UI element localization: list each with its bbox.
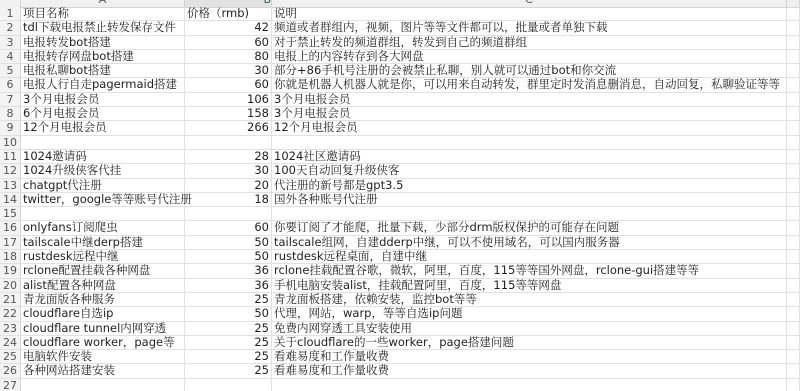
table-row: 5电报私聊bot搭建30部分+86手机号注册的会被禁止私聊，别人就可以通过bot… bbox=[0, 64, 800, 78]
cell-price[interactable]: 266 bbox=[185, 121, 272, 134]
table-row: 26各种网站搭建安装25看难易度和工作量收费 bbox=[0, 364, 800, 378]
table-row: 19rclone配置挂载各种网盘36rclone挂载配置谷歌，微软，阿里，百度，… bbox=[0, 264, 800, 278]
cell-description[interactable]: 电报上的内容转存到各大网盘 bbox=[272, 50, 787, 63]
cell-description[interactable]: 关于cloudflare的一些worker，page搭建问题 bbox=[272, 336, 787, 349]
table-row: 20alist配置各种网盘36手机电脑安装alist，挂载配置阿里，百度，115… bbox=[0, 279, 800, 293]
table-row: 15 bbox=[0, 207, 800, 221]
cell-description[interactable]: 100天自动回复升级侠客 bbox=[272, 164, 787, 177]
cell-empty[interactable] bbox=[787, 121, 800, 134]
cell-price[interactable]: 20 bbox=[185, 179, 272, 192]
row-header[interactable]: 22 bbox=[0, 307, 21, 320]
table-row: 86个月电报会员1583个月电报会员 bbox=[0, 107, 800, 121]
cell-description[interactable] bbox=[272, 136, 787, 149]
row-header[interactable]: 8 bbox=[0, 107, 21, 120]
cell-price[interactable]: 25 bbox=[185, 322, 272, 335]
cell-empty[interactable] bbox=[787, 136, 800, 149]
cell-empty[interactable] bbox=[787, 264, 800, 277]
row-header[interactable]: 27 bbox=[0, 379, 21, 391]
cell-project-name[interactable]: rustdesk远程中继 bbox=[21, 250, 185, 263]
row-header[interactable]: 5 bbox=[0, 64, 21, 77]
cell-empty[interactable] bbox=[787, 221, 800, 234]
spreadsheet: A B C 1项目名称价格（rmb)说明2tdl下载电报禁止转发保存文件42频道… bbox=[0, 0, 800, 391]
row-header[interactable]: 9 bbox=[0, 121, 21, 134]
cell-empty[interactable] bbox=[787, 279, 800, 292]
cell-project-name[interactable]: 12个月电报会员 bbox=[21, 121, 185, 134]
row-header[interactable]: 3 bbox=[0, 36, 21, 49]
cell-description[interactable]: 12个月电报会员 bbox=[272, 121, 787, 134]
cell-project-name[interactable]: 青龙面版各种服务 bbox=[21, 293, 185, 306]
cell-empty[interactable] bbox=[787, 107, 800, 120]
row-header[interactable]: 16 bbox=[0, 221, 21, 234]
cell-price[interactable]: 25 bbox=[185, 293, 272, 306]
cell-project-name[interactable]: 1024升级侠客代挂 bbox=[21, 164, 185, 177]
cell-description[interactable]: 你要订阅了才能爬，批量下载，少部分drm版权保护的可能存在问题 bbox=[272, 221, 787, 234]
cell-project-name[interactable]: 电报私聊bot搭建 bbox=[21, 64, 185, 77]
cell-description[interactable]: 代理，网站，warp，等等自选ip问题 bbox=[272, 307, 787, 320]
cell-price[interactable]: 106 bbox=[185, 93, 272, 106]
cell-price[interactable]: 30 bbox=[185, 164, 272, 177]
cell-project-name[interactable]: tdl下载电报禁止转发保存文件 bbox=[21, 21, 185, 34]
cell-project-name[interactable]: 项目名称 bbox=[21, 7, 185, 20]
cell-description[interactable]: 代注册的新号都是gpt3.5 bbox=[272, 179, 787, 192]
row-header[interactable]: 13 bbox=[0, 179, 21, 192]
cell-empty[interactable] bbox=[787, 364, 800, 377]
table-row: 3电报转发bot搭建60对于禁止转发的频道群组，转发到自己的频道群组 bbox=[0, 36, 800, 50]
table-row: 121024升级侠客代挂30100天自动回复升级侠客 bbox=[0, 164, 800, 178]
cell-price[interactable]: 36 bbox=[185, 264, 272, 277]
cell-description[interactable]: 部分+86手机号注册的会被禁止私聊，别人就可以通过bot和你交流 bbox=[272, 64, 787, 77]
row-header[interactable]: 18 bbox=[0, 250, 21, 263]
cell-price[interactable]: 25 bbox=[185, 336, 272, 349]
cell-grid: 1项目名称价格（rmb)说明2tdl下载电报禁止转发保存文件42频道或者群组内，… bbox=[0, 7, 800, 391]
cell-project-name[interactable]: alist配置各种网盘 bbox=[21, 279, 185, 292]
cell-price[interactable]: 80 bbox=[185, 50, 272, 63]
table-row: 13chatgpt代注册20代注册的新号都是gpt3.5 bbox=[0, 179, 800, 193]
cell-price[interactable]: 42 bbox=[185, 21, 272, 34]
row-header[interactable]: 26 bbox=[0, 364, 21, 377]
cell-empty[interactable] bbox=[787, 36, 800, 49]
row-header[interactable]: 21 bbox=[0, 293, 21, 306]
row-header[interactable]: 14 bbox=[0, 193, 21, 206]
cell-description[interactable]: 1024社区邀请码 bbox=[272, 150, 787, 163]
cell-description[interactable]: 看难易度和工作量收费 bbox=[272, 364, 787, 377]
table-row: 23cloudflare tunnel内网穿透25免费内网穿透工具安装使用 bbox=[0, 322, 800, 336]
cell-description[interactable]: 对于禁止转发的频道群组，转发到自己的频道群组 bbox=[272, 36, 787, 49]
row-header[interactable]: 20 bbox=[0, 279, 21, 292]
cell-empty[interactable] bbox=[787, 293, 800, 306]
cell-empty[interactable] bbox=[787, 250, 800, 263]
cell-empty[interactable] bbox=[787, 179, 800, 192]
row-header[interactable]: 24 bbox=[0, 336, 21, 349]
cell-project-name[interactable]: tailscale中继derp搭建 bbox=[21, 236, 185, 249]
cell-empty[interactable] bbox=[787, 50, 800, 63]
cell-price[interactable]: 25 bbox=[185, 350, 272, 363]
cell-description[interactable]: 看难易度和工作量收费 bbox=[272, 350, 787, 363]
cell-description[interactable]: 3个月电报会员 bbox=[272, 107, 787, 120]
table-row: 22cloudflare自选ip50代理，网站，warp，等等自选ip问题 bbox=[0, 307, 800, 321]
table-row: 16onlyfans订阅爬虫60你要订阅了才能爬，批量下载，少部分drm版权保护… bbox=[0, 221, 800, 235]
cell-project-name[interactable]: twitter，google等等账号代注册 bbox=[21, 193, 185, 206]
table-row: 24cloudflare worker，page等25关于cloudflare的… bbox=[0, 336, 800, 350]
row-header[interactable]: 25 bbox=[0, 350, 21, 363]
cell-price[interactable] bbox=[185, 379, 272, 391]
cell-project-name[interactable]: 电报人行自走pagermaid搭建 bbox=[21, 78, 185, 91]
cell-description[interactable]: 3个月电报会员 bbox=[272, 93, 787, 106]
cell-description[interactable]: 国外各种账号代注册 bbox=[272, 193, 787, 206]
row-header[interactable]: 10 bbox=[0, 136, 21, 149]
cell-price[interactable]: 50 bbox=[185, 236, 272, 249]
cell-project-name[interactable]: chatgpt代注册 bbox=[21, 179, 185, 192]
cell-empty[interactable] bbox=[787, 236, 800, 249]
cell-price[interactable]: 价格（rmb) bbox=[185, 7, 272, 20]
cell-price[interactable] bbox=[185, 207, 272, 220]
cell-empty[interactable] bbox=[787, 379, 800, 391]
cell-description[interactable]: rustdesk远程桌面，自建中继 bbox=[272, 250, 787, 263]
cell-project-name[interactable]: 6个月电报会员 bbox=[21, 107, 185, 120]
cell-project-name[interactable]: 电脑软件安装 bbox=[21, 350, 185, 363]
table-row: 73个月电报会员1063个月电报会员 bbox=[0, 93, 800, 107]
cell-description[interactable]: 免费内网穿透工具安装使用 bbox=[272, 322, 787, 335]
cell-empty[interactable] bbox=[787, 150, 800, 163]
cell-price[interactable]: 18 bbox=[185, 193, 272, 206]
cell-project-name[interactable] bbox=[21, 136, 185, 149]
row-header[interactable]: 23 bbox=[0, 322, 21, 335]
cell-empty[interactable] bbox=[787, 64, 800, 77]
row-header[interactable]: 12 bbox=[0, 164, 21, 177]
cell-price[interactable]: 60 bbox=[185, 221, 272, 234]
cell-price[interactable] bbox=[185, 136, 272, 149]
cell-price[interactable]: 28 bbox=[185, 150, 272, 163]
cell-empty[interactable] bbox=[787, 322, 800, 335]
table-row: 10 bbox=[0, 136, 800, 150]
cell-empty[interactable] bbox=[787, 21, 800, 34]
cell-empty[interactable] bbox=[787, 164, 800, 177]
cell-project-name[interactable] bbox=[21, 379, 185, 391]
cell-description[interactable]: rclone挂载配置谷歌，微软，阿里，百度，115等等国外网盘，rclone-g… bbox=[272, 264, 787, 277]
cell-price[interactable]: 50 bbox=[185, 307, 272, 320]
cell-price[interactable]: 25 bbox=[185, 364, 272, 377]
cell-description[interactable] bbox=[272, 207, 787, 220]
table-row: 27 bbox=[0, 379, 800, 391]
row-header[interactable]: 6 bbox=[0, 78, 21, 91]
cell-description[interactable] bbox=[272, 379, 787, 391]
cell-description[interactable]: 说明 bbox=[272, 7, 787, 20]
cell-price[interactable]: 36 bbox=[185, 279, 272, 292]
select-all-corner[interactable] bbox=[0, 0, 21, 7]
table-row: 1项目名称价格（rmb)说明 bbox=[0, 7, 800, 21]
table-row: 25电脑软件安装25看难易度和工作量收费 bbox=[0, 350, 800, 364]
cell-description[interactable]: 频道或者群组内，视频，图片等等文件都可以，批量或者单独下载 bbox=[272, 21, 787, 34]
cell-empty[interactable] bbox=[787, 336, 800, 349]
row-header[interactable]: 15 bbox=[0, 207, 21, 220]
cell-project-name[interactable]: 电报转存网盘bot搭建 bbox=[21, 50, 185, 63]
cell-project-name[interactable] bbox=[21, 207, 185, 220]
row-header[interactable]: 1 bbox=[0, 7, 21, 20]
cell-project-name[interactable]: cloudflare worker，page等 bbox=[21, 336, 185, 349]
cell-project-name[interactable]: 各种网站搭建安装 bbox=[21, 364, 185, 377]
cell-project-name[interactable]: 电报转发bot搭建 bbox=[21, 36, 185, 49]
table-row: 6电报人行自走pagermaid搭建60你就是机器人机器人就是你，可以用来自动转… bbox=[0, 78, 800, 92]
cell-description[interactable]: 手机电脑安装alist，挂载配置阿里，百度，115等等网盘 bbox=[272, 279, 787, 292]
cell-price[interactable]: 60 bbox=[185, 78, 272, 91]
table-row: 21青龙面版各种服务25青龙面板搭建，依赖安装，监控bot等等 bbox=[0, 293, 800, 307]
cell-empty[interactable] bbox=[787, 78, 800, 91]
cell-project-name[interactable]: 1024邀请码 bbox=[21, 150, 185, 163]
row-header[interactable]: 7 bbox=[0, 93, 21, 106]
cell-empty[interactable] bbox=[787, 193, 800, 206]
cell-project-name[interactable]: rclone配置挂载各种网盘 bbox=[21, 264, 185, 277]
table-row: 18rustdesk远程中继50rustdesk远程桌面，自建中继 bbox=[0, 250, 800, 264]
row-header[interactable]: 19 bbox=[0, 264, 21, 277]
cell-price[interactable]: 158 bbox=[185, 107, 272, 120]
cell-description[interactable]: tailscale组网，自建dderp中继，可以不使用域名，可以国内服务器 bbox=[272, 236, 787, 249]
cell-description[interactable]: 你就是机器人机器人就是你，可以用来自动转发，群里定时发消息删消息，自动回复，私聊… bbox=[272, 78, 787, 91]
row-header[interactable]: 17 bbox=[0, 236, 21, 249]
table-row: 2tdl下载电报禁止转发保存文件42频道或者群组内，视频，图片等等文件都可以，批… bbox=[0, 21, 800, 35]
cell-price[interactable]: 30 bbox=[185, 64, 272, 77]
cell-empty[interactable] bbox=[787, 93, 800, 106]
table-row: 912个月电报会员26612个月电报会员 bbox=[0, 121, 800, 135]
cell-price[interactable]: 50 bbox=[185, 250, 272, 263]
row-header[interactable]: 11 bbox=[0, 150, 21, 163]
cell-empty[interactable] bbox=[787, 350, 800, 363]
row-header[interactable]: 2 bbox=[0, 21, 21, 34]
cell-project-name[interactable]: cloudflare tunnel内网穿透 bbox=[21, 322, 185, 335]
table-row: 111024邀请码281024社区邀请码 bbox=[0, 150, 800, 164]
cell-project-name[interactable]: cloudflare自选ip bbox=[21, 307, 185, 320]
table-row: 4电报转存网盘bot搭建80电报上的内容转存到各大网盘 bbox=[0, 50, 800, 64]
cell-description[interactable]: 青龙面板搭建，依赖安装，监控bot等等 bbox=[272, 293, 787, 306]
cell-project-name[interactable]: 3个月电报会员 bbox=[21, 93, 185, 106]
column-header-c[interactable]: C bbox=[272, 0, 787, 7]
cell-empty[interactable] bbox=[787, 7, 800, 20]
row-header[interactable]: 4 bbox=[0, 50, 21, 63]
cell-empty[interactable] bbox=[787, 207, 800, 220]
cell-project-name[interactable]: onlyfans订阅爬虫 bbox=[21, 221, 185, 234]
cell-price[interactable]: 60 bbox=[185, 36, 272, 49]
cell-empty[interactable] bbox=[787, 307, 800, 320]
table-row: 14twitter，google等等账号代注册18国外各种账号代注册 bbox=[0, 193, 800, 207]
table-row: 17tailscale中继derp搭建50tailscale组网，自建dderp… bbox=[0, 236, 800, 250]
column-header-d[interactable] bbox=[787, 0, 800, 7]
